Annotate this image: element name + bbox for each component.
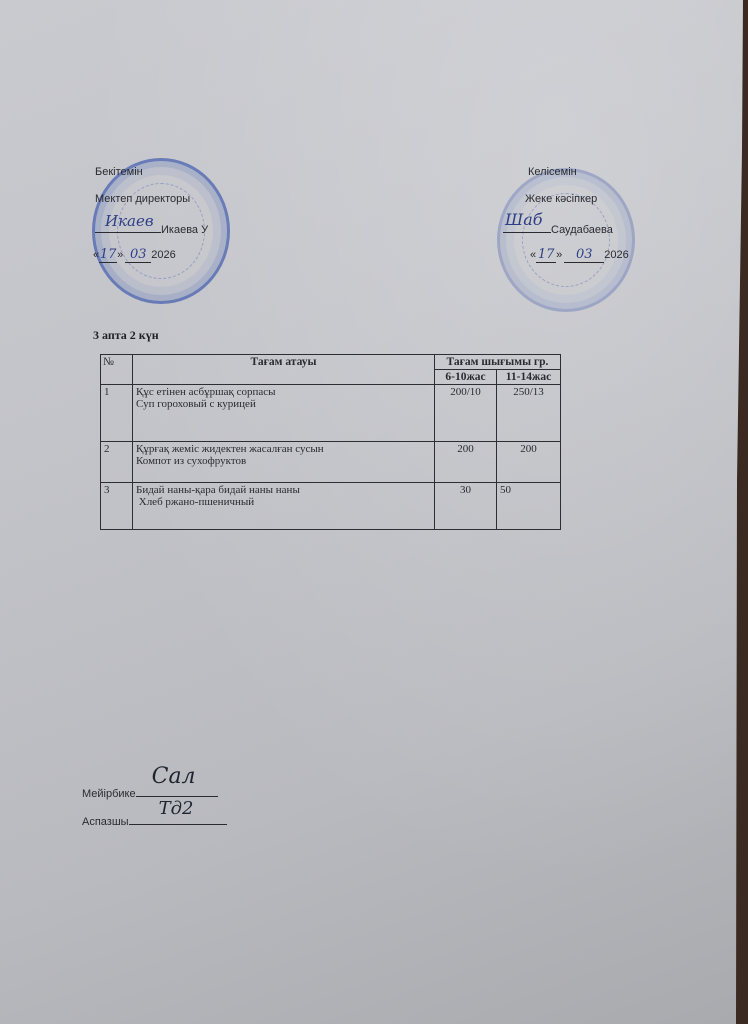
approval-left-signature-line: Икаев Икаева У xyxy=(95,220,208,236)
dish-name-kz: Құс етінен асбұршақ сорпасы xyxy=(136,386,431,398)
table-row: 3 Бидай наны-қара бидай наны наны Хлеб р… xyxy=(101,483,561,530)
approval-right-title: Келісемін xyxy=(528,166,577,178)
menu-day-heading: 3 апта 2 күн xyxy=(93,328,159,343)
cook-signature: Тд2 xyxy=(159,798,194,819)
row-number: 3 xyxy=(101,483,133,530)
cook-signature-line: Аспазшы Тд2 xyxy=(82,814,227,828)
row-dish-name: Құрғақ жеміс жидектен жасалған сусын Ком… xyxy=(133,442,435,483)
header-dish-name: Тағам атауы xyxy=(133,355,435,385)
row-dish-name: Құс етінен асбұршақ сорпасы Суп гороховы… xyxy=(133,385,435,442)
row-yield-11-14: 200 xyxy=(497,442,561,483)
dish-name-ru: Суп гороховый с курицей xyxy=(136,398,431,410)
approval-left-date: «17»032026 xyxy=(93,247,176,263)
cook-label: Аспазшы xyxy=(82,816,129,828)
header-number: № xyxy=(101,355,133,385)
approval-left-month: 03 xyxy=(125,247,151,263)
approval-left-year: 2026 xyxy=(151,249,175,261)
approval-right-month: 03 xyxy=(564,247,604,263)
approval-left-title: Бекітемін xyxy=(95,166,143,178)
nurse-signature-line: Мейірбике Сал xyxy=(82,786,218,800)
header-age-11-14: 11-14жас xyxy=(497,370,561,385)
row-yield-6-10: 200 xyxy=(435,442,497,483)
header-yield-group: Тағам шығымы гр. xyxy=(435,355,561,370)
approval-right-signature-line: Шаб Саудабаева xyxy=(503,220,613,236)
row-yield-11-14: 50 xyxy=(497,483,561,530)
director-name: Икаева У xyxy=(161,224,208,236)
approval-left-day: 17 xyxy=(99,247,117,263)
table-row: 1 Құс етінен асбұршақ сорпасы Суп горохо… xyxy=(101,385,561,442)
approval-right-date: «17»032026 xyxy=(530,247,629,263)
row-number: 1 xyxy=(101,385,133,442)
row-yield-6-10: 200/10 xyxy=(435,385,497,442)
director-signature: Икаев xyxy=(105,212,154,230)
nurse-signature: Сал xyxy=(152,764,196,789)
row-yield-6-10: 30 xyxy=(435,483,497,530)
nurse-label: Мейірбике xyxy=(82,788,136,800)
dish-name-ru: Хлеб ржано-пшеничный xyxy=(136,496,431,508)
row-dish-name: Бидай наны-қара бидай наны наны Хлеб ржа… xyxy=(133,483,435,530)
header-age-6-10: 6-10жас xyxy=(435,370,497,385)
menu-table: № Тағам атауы Тағам шығымы гр. 6-10жас 1… xyxy=(100,354,561,530)
dish-name-kz: Бидай наны-қара бидай наны наны xyxy=(136,484,431,496)
entrepreneur-signature: Шаб xyxy=(505,210,543,229)
row-number: 2 xyxy=(101,442,133,483)
row-yield-11-14: 250/13 xyxy=(497,385,561,442)
table-header-row: № Тағам атауы Тағам шығымы гр. xyxy=(101,355,561,370)
dish-name-kz: Құрғақ жеміс жидектен жасалған сусын xyxy=(136,443,431,455)
dish-name-ru: Компот из сухофруктов xyxy=(136,455,431,467)
approval-right-day: 17 xyxy=(536,247,556,263)
approval-right-position: Жеке кәсіпкер xyxy=(525,193,597,205)
entrepreneur-stamp xyxy=(497,168,635,312)
entrepreneur-name: Саудабаева xyxy=(551,224,613,236)
approval-right-year: 2026 xyxy=(604,249,628,261)
approval-left-position: Мектеп директоры xyxy=(95,193,190,205)
table-row: 2 Құрғақ жеміс жидектен жасалған сусын К… xyxy=(101,442,561,483)
